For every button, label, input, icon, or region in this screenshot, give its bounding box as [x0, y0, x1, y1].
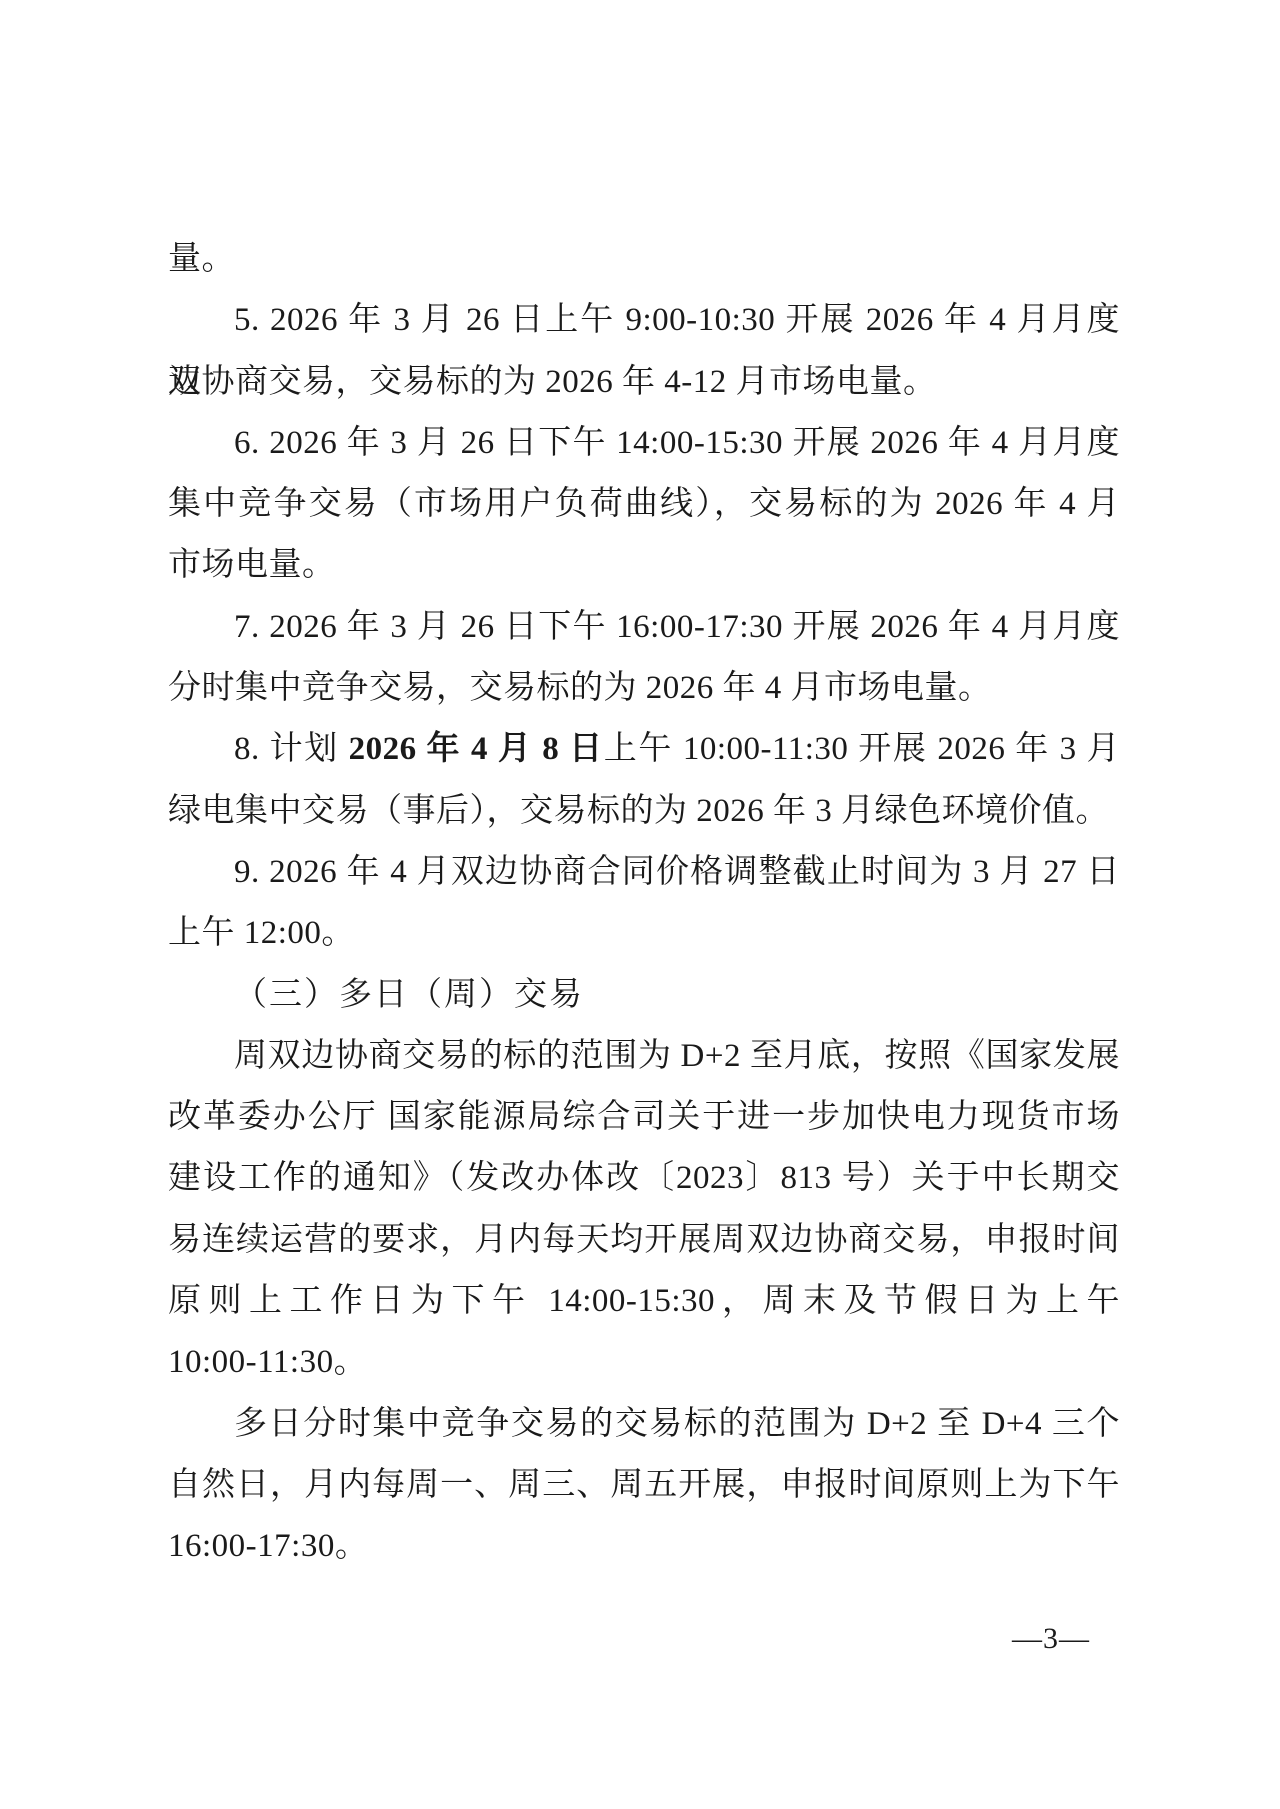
document-line: 5. 2026 年 3 月 26 日上午 9:00-10:30 开展 2026 … — [168, 290, 1120, 351]
document-body: 量。 5. 2026 年 3 月 26 日上午 9:00-10:30 开展 20… — [168, 229, 1120, 1578]
document-line-segment-bold: 2026 年 4 月 8 日 — [349, 731, 604, 767]
page-number: —3— — [1012, 1622, 1090, 1656]
section-heading: （三）多日（周）交易 — [168, 965, 1120, 1026]
document-line: 16:00-17:30。 — [168, 1516, 1120, 1577]
document-line: 7. 2026 年 3 月 26 日下午 16:00-17:30 开展 2026… — [168, 597, 1120, 658]
document-line: 多日分时集中竞争交易的交易标的范围为 D+2 至 D+4 三个 — [168, 1394, 1120, 1455]
document-line: 集中竞争交易（市场用户负荷曲线），交易标的为 2026 年 4 月 — [168, 474, 1120, 535]
document-line: 8. 计划 2026 年 4 月 8 日上午 10:00-11:30 开展 20… — [168, 719, 1120, 780]
document-line: 绿电集中交易（事后），交易标的为 2026 年 3 月绿色环境价值。 — [168, 781, 1120, 842]
document-line: 原则上工作日为下午 14:00-15:30，周末及节假日为上午 — [168, 1271, 1120, 1332]
document-line: 量。 — [168, 229, 1120, 290]
document-line: 分时集中竞争交易，交易标的为 2026 年 4 月市场电量。 — [168, 658, 1120, 719]
document-line-segment: 上午 10:00-11:30 开展 2026 年 3 月 — [604, 731, 1120, 767]
document-page: 量。 5. 2026 年 3 月 26 日上午 9:00-10:30 开展 20… — [0, 0, 1280, 1809]
document-line: 市场电量。 — [168, 535, 1120, 596]
document-line: 上午 12:00。 — [168, 903, 1120, 964]
document-line: 建设工作的通知》（发改办体改〔2023〕813 号）关于中长期交 — [168, 1148, 1120, 1209]
document-line: 10:00-11:30。 — [168, 1332, 1120, 1393]
document-line: 自然日，月内每周一、周三、周五开展，申报时间原则上为下午 — [168, 1455, 1120, 1516]
document-line: 边协商交易，交易标的为 2026 年 4-12 月市场电量。 — [168, 352, 1120, 413]
document-line: 6. 2026 年 3 月 26 日下午 14:00-15:30 开展 2026… — [168, 413, 1120, 474]
document-line: 易连续运营的要求，月内每天均开展周双边协商交易，申报时间 — [168, 1210, 1120, 1271]
document-line-segment: 8. 计划 — [234, 731, 349, 767]
document-line: 改革委办公厅 国家能源局综合司关于进一步加快电力现货市场 — [168, 1087, 1120, 1148]
document-line: 周双边协商交易的标的范围为 D+2 至月底，按照《国家发展 — [168, 1026, 1120, 1087]
document-line: 9. 2026 年 4 月双边协商合同价格调整截止时间为 3 月 27 日 — [168, 842, 1120, 903]
